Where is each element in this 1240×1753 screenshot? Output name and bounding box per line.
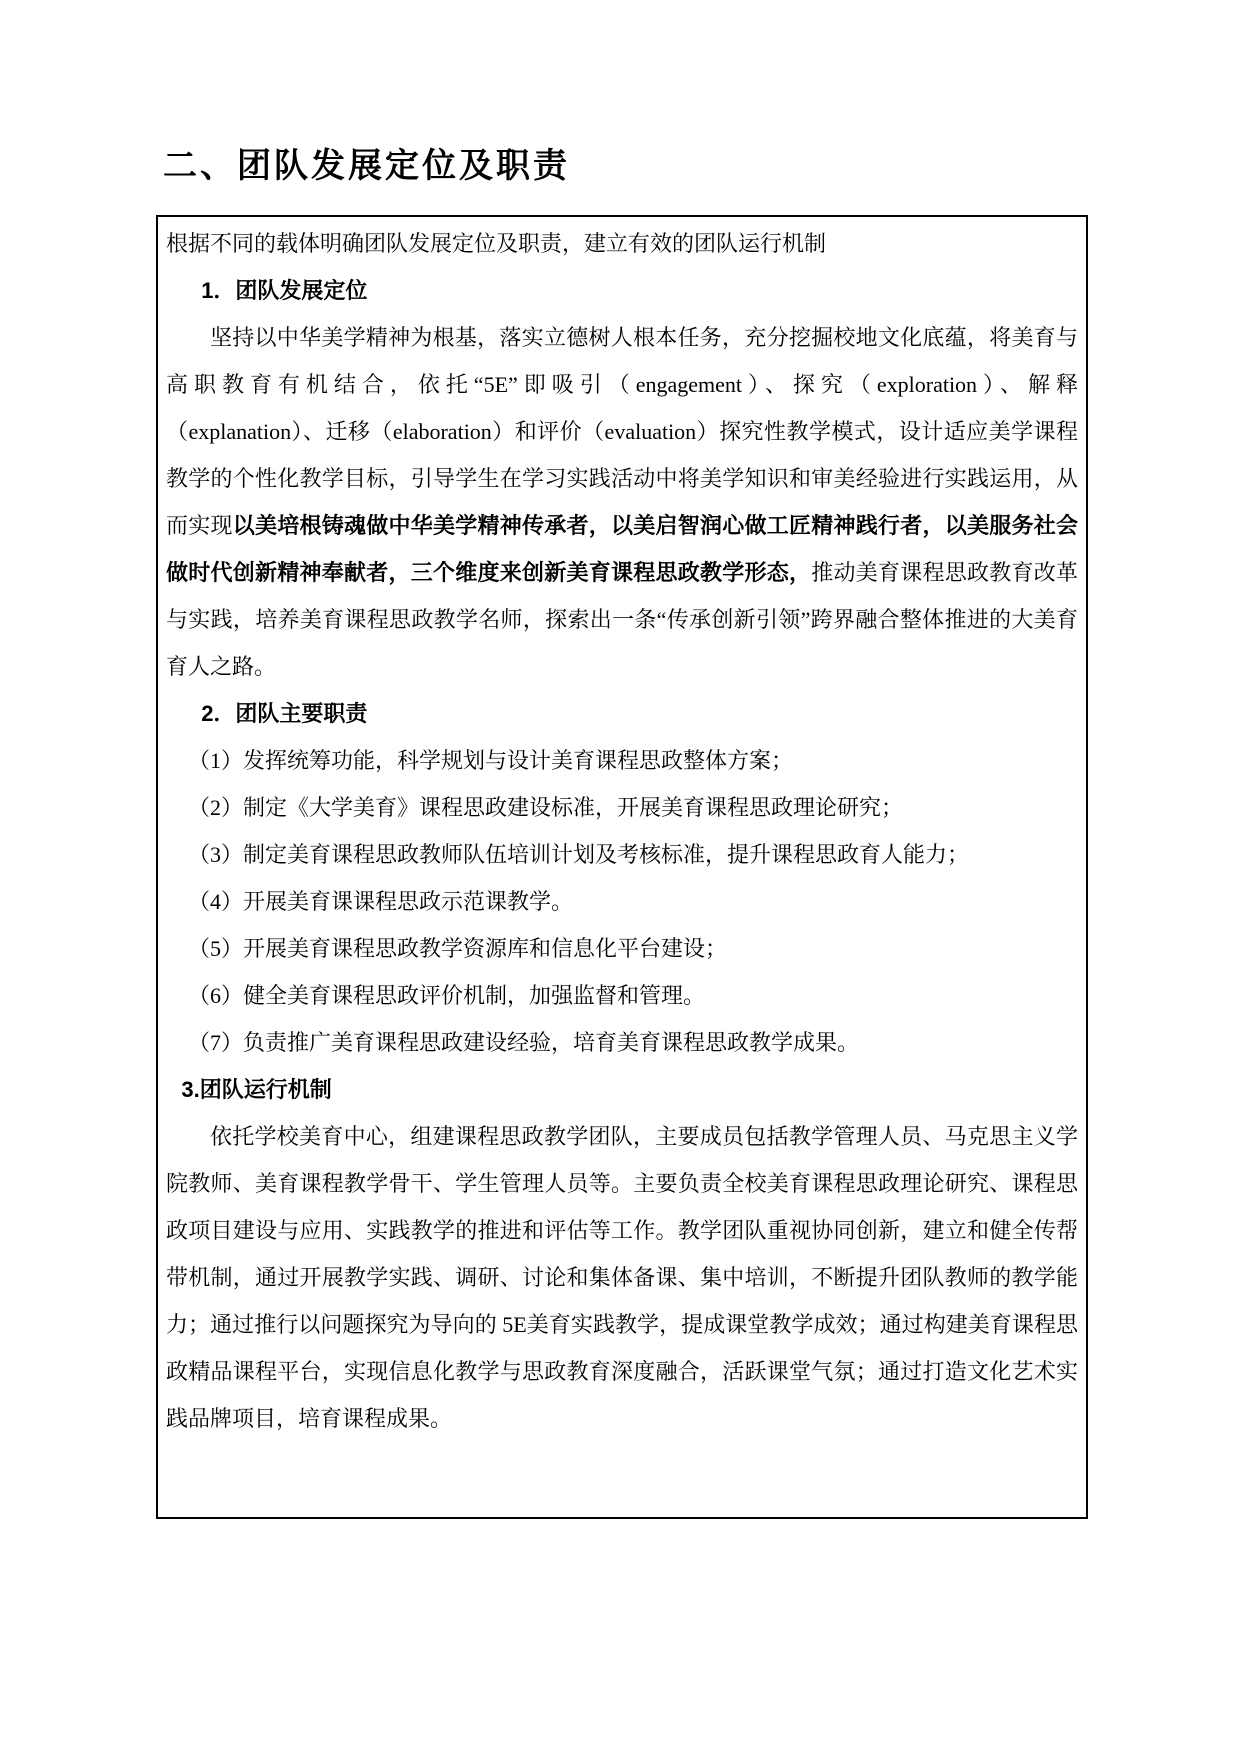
section-title: 二、团队发展定位及职责 [163, 138, 570, 187]
paragraph-team-mechanism: 依托学校美育中心，组建课程思政教学团队，主要成员包括教学管理人员、马克思主义学院… [166, 1113, 1078, 1442]
duty-item-3: （3）制定美育课程思政教师队伍培训计划及考核标准，提升课程思政育人能力； [166, 831, 1078, 878]
duty-item-4: （4）开展美育课课程思政示范课教学。 [166, 878, 1078, 925]
duty-item-2: （2）制定《大学美育》课程思政建设标准，开展美育课程思政理论研究； [166, 784, 1078, 831]
intro-line: 根据不同的载体明确团队发展定位及职责，建立有效的团队运行机制 [166, 220, 1078, 267]
duty-item-1: （1）发挥统筹功能，科学规划与设计美育课程思政整体方案； [166, 737, 1078, 784]
paragraph-team-positioning: 坚持以中华美学精神为根基，落实立德树人根本任务，充分挖掘校地文化底蕴，将美育与高… [166, 314, 1078, 690]
paragraph-regular-part1: 坚持以中华美学精神为根基，落实立德树人根本任务，充分挖掘校地文化底蕴，将美育与高… [166, 325, 1078, 538]
heading-team-positioning: 1．团队发展定位 [166, 267, 1078, 314]
content-box: 根据不同的载体明确团队发展定位及职责，建立有效的团队运行机制 1．团队发展定位 … [156, 215, 1088, 1519]
duty-item-5: （5）开展美育课程思政教学资源库和信息化平台建设； [166, 925, 1078, 972]
document-page: 二、团队发展定位及职责 根据不同的载体明确团队发展定位及职责，建立有效的团队运行… [0, 0, 1240, 1753]
heading-team-duties: 2．团队主要职责 [166, 690, 1078, 737]
duty-item-7: （7）负责推广美育课程思政建设经验，培育美育课程思政教学成果。 [166, 1019, 1078, 1066]
heading-team-mechanism: 3.团队运行机制 [166, 1066, 1078, 1113]
duty-item-6: （6）健全美育课程思政评价机制，加强监督和管理。 [166, 972, 1078, 1019]
